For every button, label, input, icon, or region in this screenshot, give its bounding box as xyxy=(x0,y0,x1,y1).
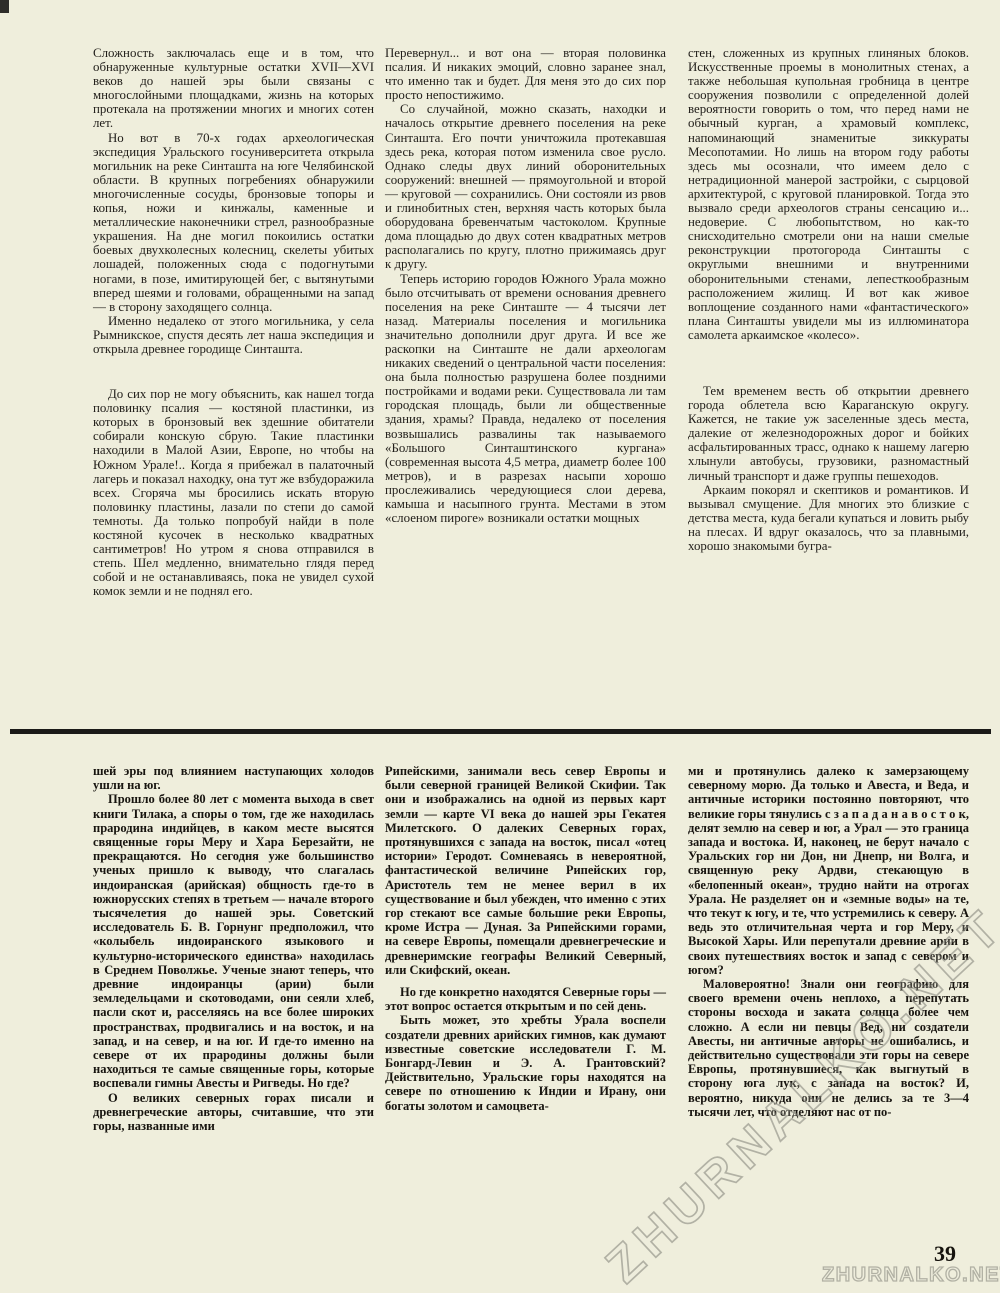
magazine-page: Сложность заключалась еще и в том, что о… xyxy=(0,0,1000,1293)
paragraph: До сих пор не могу объяснить, как нашел … xyxy=(93,387,374,598)
paragraph: Но вот в 70-х годах археологическая эксп… xyxy=(93,131,374,314)
paragraph: О великих северных горах писали и древне… xyxy=(93,1091,374,1134)
paragraph: Сложность заключалась еще и в том, что о… xyxy=(93,46,374,131)
paragraph: Именно недалеко от этого могильника, у с… xyxy=(93,314,374,356)
paragraph: Теперь историю городов Южного Урала можн… xyxy=(385,272,666,526)
paragraph: Маловероятно! Знали они географию для св… xyxy=(688,977,969,1119)
top-left-column: Сложность заключалась еще и в том, что о… xyxy=(93,46,374,598)
paragraph: Быть может, это хребты Урала воспели соз… xyxy=(385,1013,666,1112)
scan-corner-mark xyxy=(0,0,9,13)
paragraph: Перевернул... и вот она — вторая половин… xyxy=(385,46,666,102)
paragraph: шей эры под влиянием наступающих холодов… xyxy=(93,764,374,792)
top-right-column: стен, сложенных из крупных глиняных блок… xyxy=(688,46,969,553)
paragraph: Но где конкретно находятся Северные горы… xyxy=(385,985,666,1013)
paragraph: Тем временем весть об открытии древнего … xyxy=(688,384,969,483)
page-number: 39 xyxy=(922,1241,968,1267)
watermark-horizontal: ZHURNALKO.NET xyxy=(822,1264,1000,1287)
paragraph: стен, сложенных из крупных глиняных блок… xyxy=(688,46,969,342)
bottom-right-column: ми и протянулись далеко к замерзающему с… xyxy=(688,764,969,1119)
paragraph: Аркаим покорял и скептиков и романтиков.… xyxy=(688,483,969,553)
section-divider-rule xyxy=(10,729,991,734)
bottom-left-column: шей эры под влиянием наступающих холодов… xyxy=(93,764,374,1133)
top-middle-column: Перевернул... и вот она — вторая половин… xyxy=(385,46,666,525)
paragraph: Со случайной, можно сказать, находки и н… xyxy=(385,102,666,271)
paragraph: Рипейскими, занимали весь север Европы и… xyxy=(385,764,666,977)
paragraph: ми и протянулись далеко к замерзающему с… xyxy=(688,764,969,977)
paragraph: Прошло более 80 лет с момента выхода в с… xyxy=(93,792,374,1090)
bottom-middle-column: Рипейскими, занимали весь север Европы и… xyxy=(385,764,666,1113)
